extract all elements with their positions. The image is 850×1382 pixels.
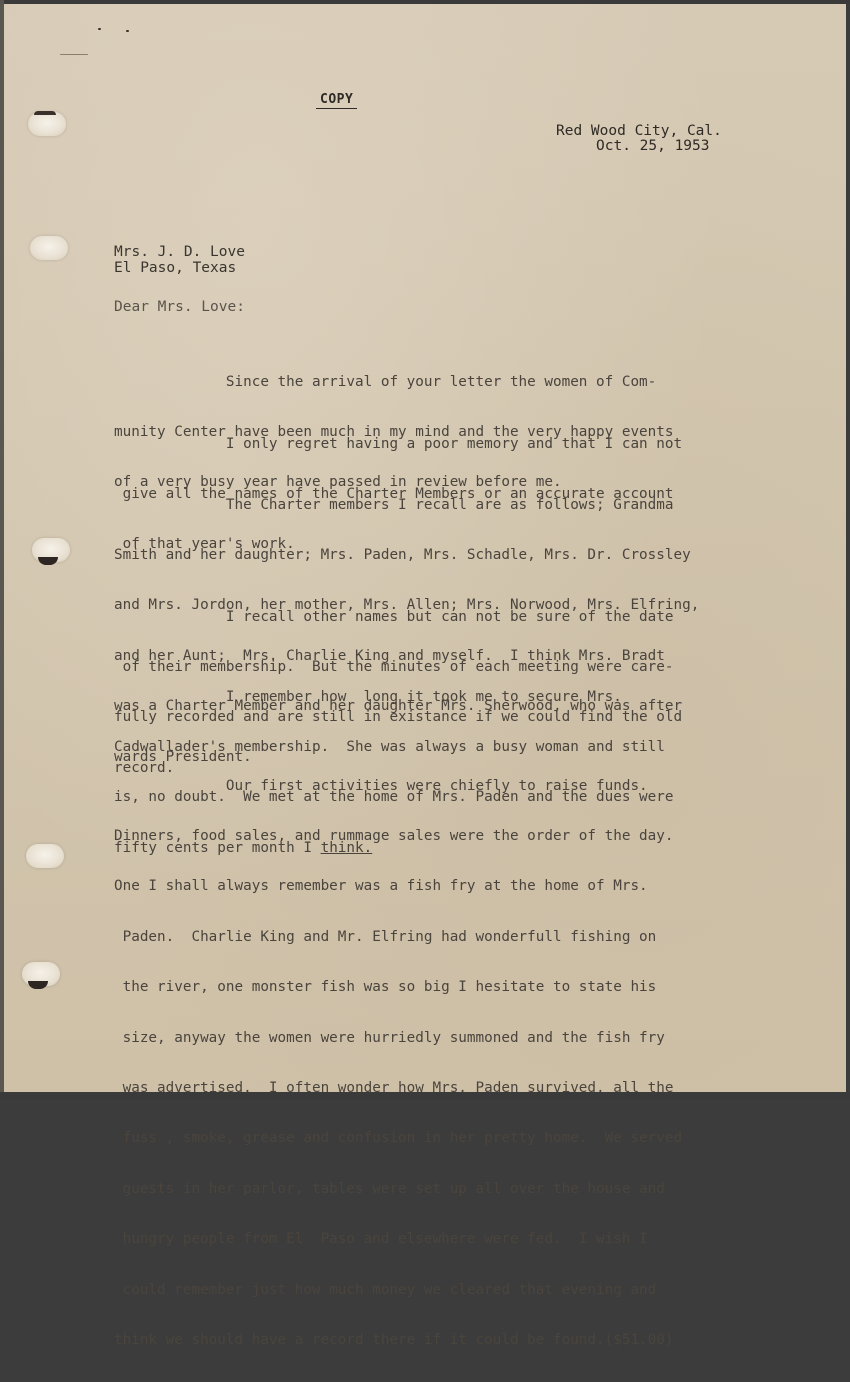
paragraph-line: Dinners, food sales, and rummage sales w…	[114, 828, 682, 845]
paragraph-line: I recall other names but can not be sure…	[114, 609, 682, 626]
paragraph-line: One I shall always remember was a fish f…	[114, 878, 682, 895]
punch-hole-bottom	[22, 962, 60, 986]
paragraph-line: the river, one monster fish was so big I…	[114, 979, 682, 996]
scan-border-bottom	[0, 1092, 850, 1100]
paragraph-line: I remember how long it took me to secure…	[114, 689, 673, 706]
paragraph-line: Smith and her daughter; Mrs. Paden, Mrs.…	[114, 547, 699, 564]
salutation: Dear Mrs. Love:	[114, 299, 245, 315]
punch-hole-middle	[32, 538, 70, 562]
paragraph-line: Since the arrival of your letter the wom…	[114, 374, 673, 391]
ink-speck	[98, 28, 101, 30]
punch-hole-upper-mid	[30, 236, 68, 260]
paragraph-6: Our first activities were chiefly to rai…	[114, 744, 682, 1100]
paragraph-line: Paden. Charlie King and Mr. Elfring had …	[114, 929, 682, 946]
recipient-address: Mrs. J. D. LoveEl Paso, Texas	[114, 244, 245, 276]
punch-hole-lower-mid	[26, 844, 64, 868]
dateline-place: Red Wood City, Cal.	[556, 124, 722, 139]
copy-label: COPY	[316, 92, 357, 109]
ink-speck	[60, 54, 88, 55]
paragraph-line: I only regret having a poor memory and t…	[114, 436, 682, 453]
dateline: Red Wood City, Cal.Oct. 25, 1953	[556, 124, 722, 154]
ink-speck	[126, 30, 129, 32]
paragraph-line: Our first activities were chiefly to rai…	[114, 778, 682, 795]
letter-page: COPY Red Wood City, Cal.Oct. 25, 1953 Mr…	[4, 4, 846, 1092]
paragraph-line: size, anyway the women were hurriedly su…	[114, 1030, 682, 1047]
dateline-date: Oct. 25, 1953	[556, 139, 722, 154]
recipient-location: El Paso, Texas	[114, 260, 245, 276]
recipient-name: Mrs. J. D. Love	[114, 244, 245, 260]
punch-hole-top	[28, 112, 66, 136]
paragraph-line: The Charter members I recall are as foll…	[114, 497, 699, 514]
